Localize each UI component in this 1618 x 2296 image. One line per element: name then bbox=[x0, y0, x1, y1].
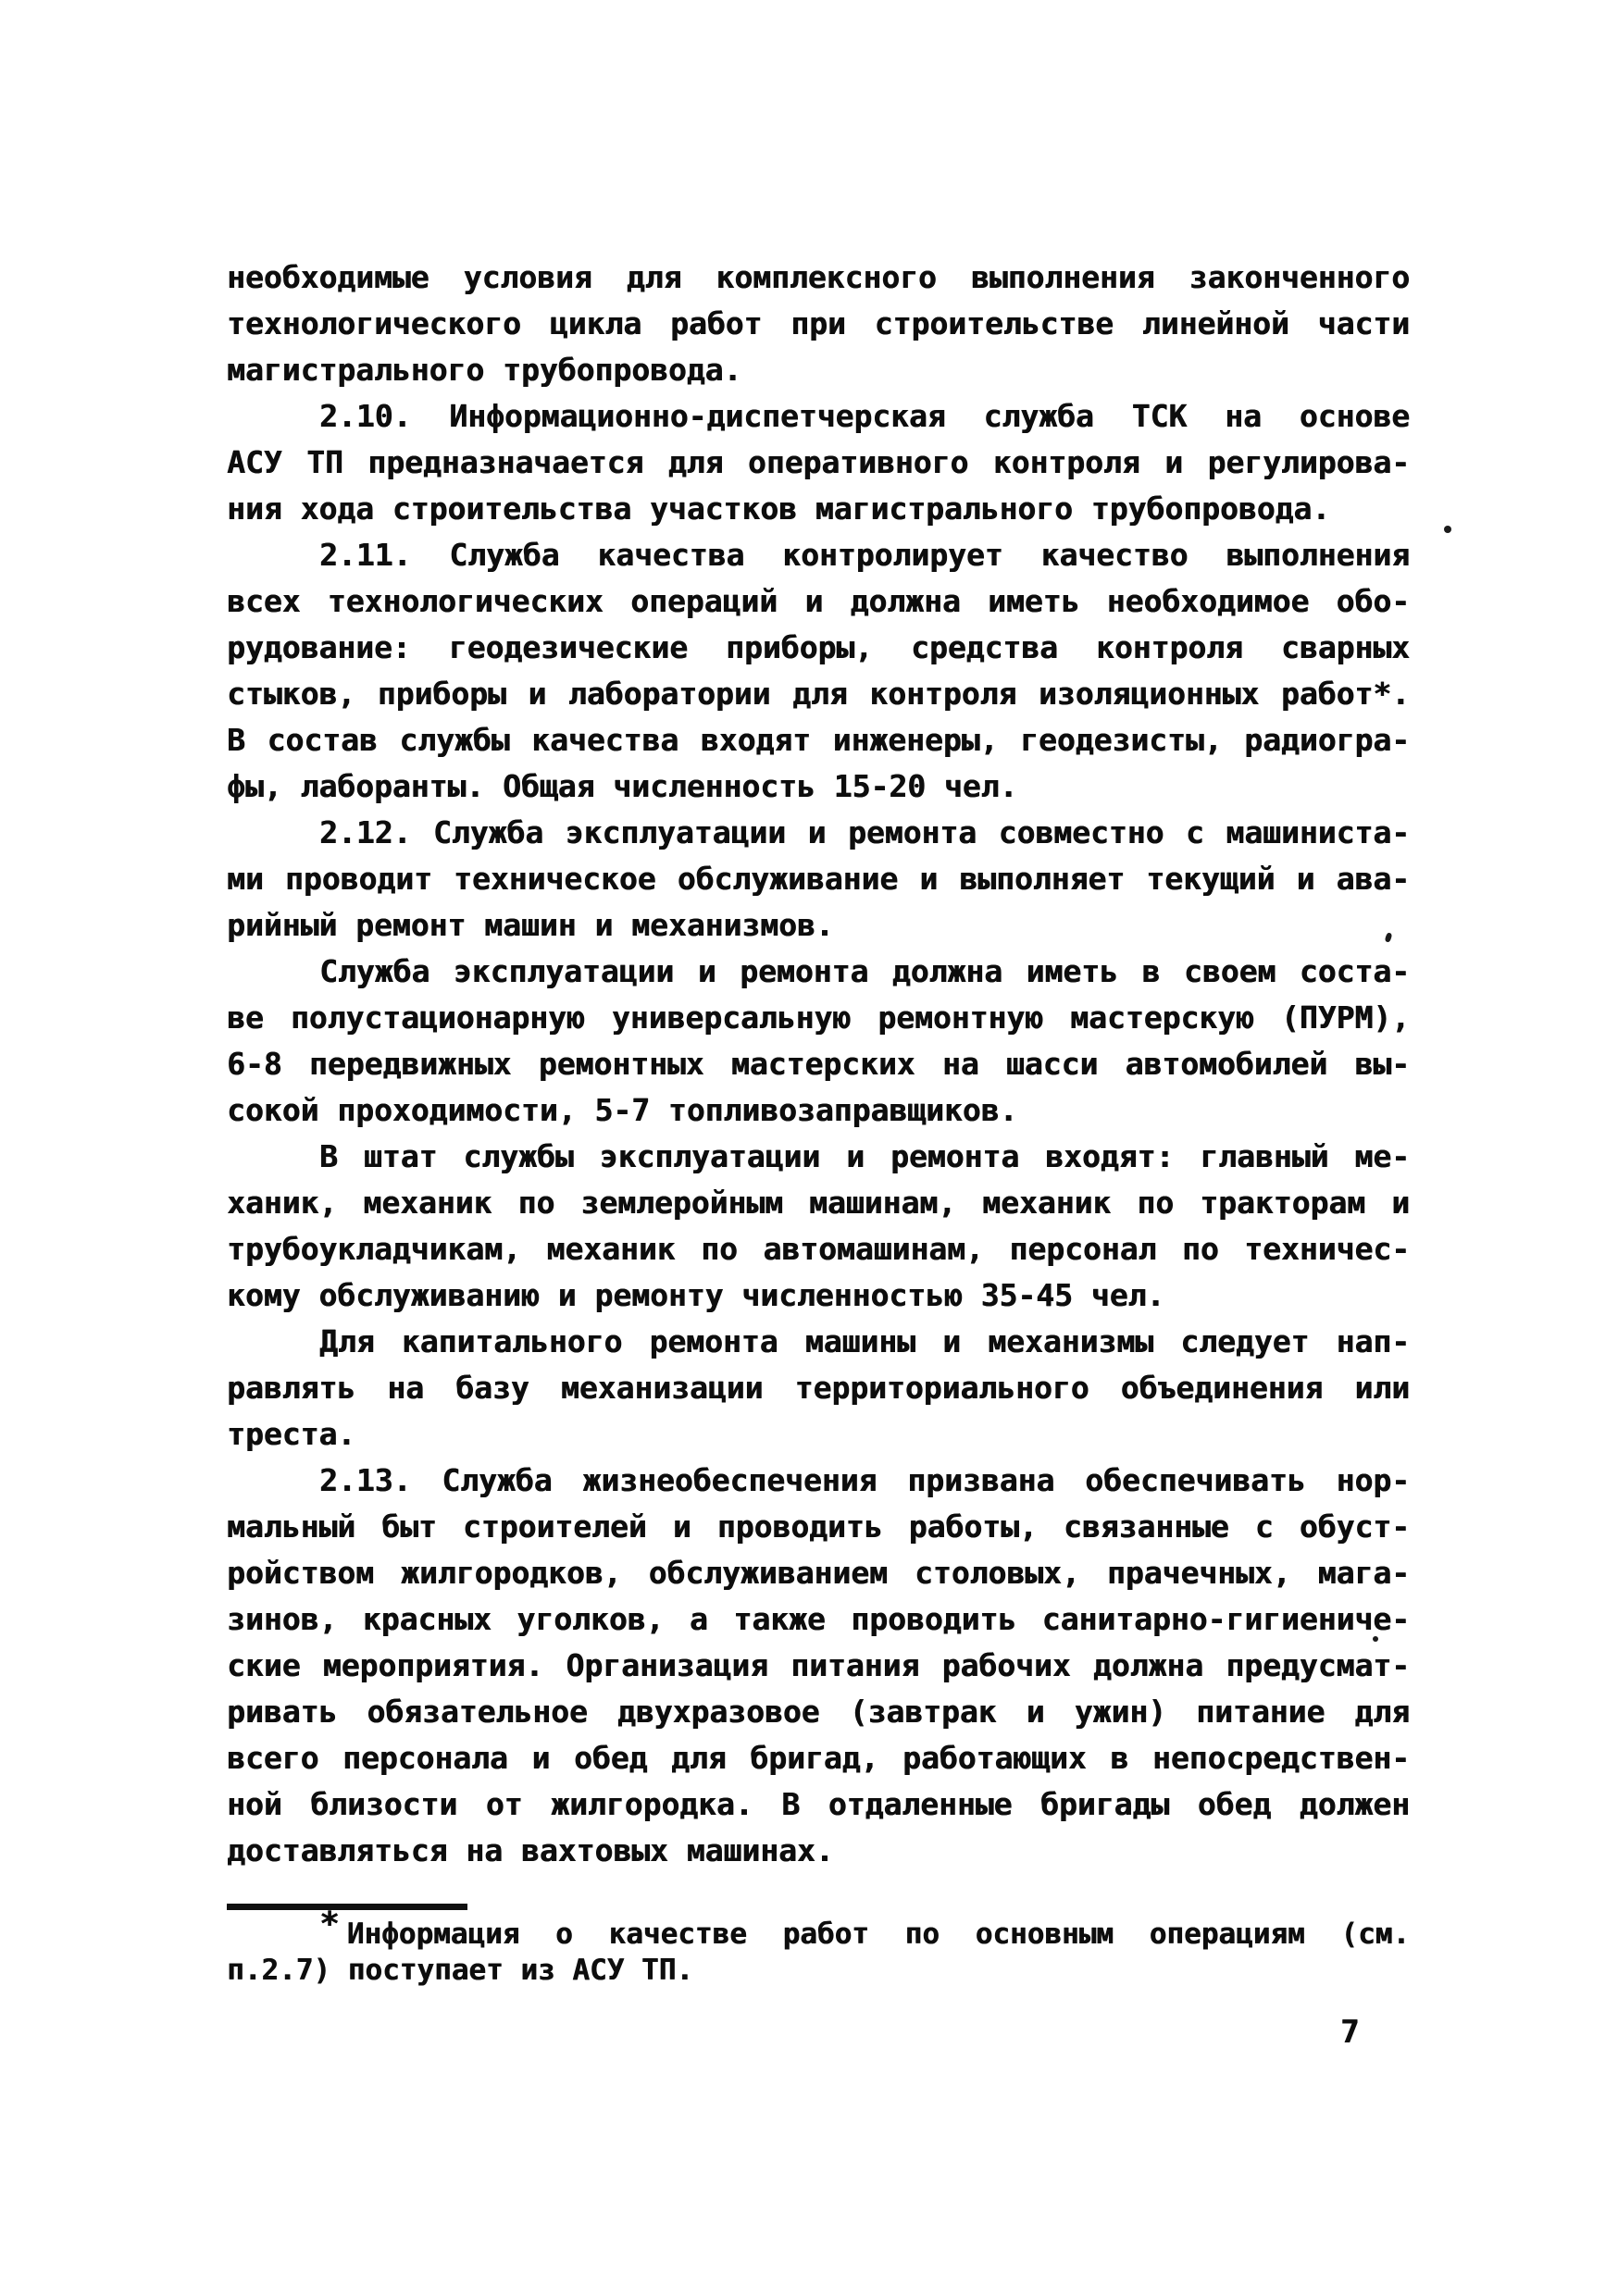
text-line: ривать обязательное двухразовое (завтрак… bbox=[227, 1689, 1410, 1735]
text-line: ские мероприятия. Организация питания ра… bbox=[227, 1643, 1410, 1689]
document-page: необходимые условия для комплексного вып… bbox=[0, 0, 1618, 2296]
text-line: магистрального трубопровода. bbox=[227, 347, 1410, 393]
text-line-section-2-12: 2.12. Служба эксплуатации и ремонта совм… bbox=[227, 810, 1410, 856]
footnote-marker: * bbox=[319, 1905, 340, 1943]
footnote-text-line: п.2.7) поступает из АСУ ТП. bbox=[227, 1952, 1410, 1990]
text-line-section-2-13: 2.13. Служба жизнеобеспечения призвана о… bbox=[227, 1458, 1410, 1504]
text-line-section-2-10: 2.10. Информационно-диспетчерская служба… bbox=[227, 393, 1410, 440]
page-number: 7 bbox=[1340, 2014, 1359, 2051]
text-line: рийный ремонт машин и механизмов. bbox=[227, 902, 1410, 949]
text-line: зинов, красных уголков, а также проводит… bbox=[227, 1596, 1410, 1643]
text-line: ройством жилгородков, обслуживанием стол… bbox=[227, 1550, 1410, 1596]
scan-artifact-dot bbox=[1373, 1636, 1378, 1642]
text-line: всех технологических операций и должна и… bbox=[227, 578, 1410, 625]
text-line: ве полустационарную универсальную ремонт… bbox=[227, 995, 1410, 1041]
body-text: необходимые условия для комплексного вып… bbox=[227, 254, 1410, 1874]
text-line: ной близости от жилгородка. В отдаленные… bbox=[227, 1781, 1410, 1828]
text-line: АСУ ТП предназначается для оперативного … bbox=[227, 440, 1410, 486]
footnote-text-line: *Информация о качестве работ по основным… bbox=[227, 1914, 1410, 1952]
text-line: кому обслуживанию и ремонту численностью… bbox=[227, 1272, 1410, 1319]
text-line: 6-8 передвижных ремонтных мастерских на … bbox=[227, 1041, 1410, 1087]
text-line: трубоукладчикам, механик по автомашинам,… bbox=[227, 1226, 1410, 1272]
text-line: необходимые условия для комплексного вып… bbox=[227, 254, 1410, 301]
scan-artifact-dot bbox=[1444, 526, 1451, 533]
text-line: В состав службы качества входят инженеры… bbox=[227, 717, 1410, 763]
text-line: треста. bbox=[227, 1411, 1410, 1458]
text-line: ханик, механик по землеройным машинам, м… bbox=[227, 1180, 1410, 1226]
text-line: Для капитального ремонта машины и механи… bbox=[227, 1319, 1410, 1365]
text-line: всего персонала и обед для бригад, работ… bbox=[227, 1735, 1410, 1781]
text-line: стыков, приборы и лаборатории для контро… bbox=[227, 671, 1410, 717]
text-line: В штат службы эксплуатации и ремонта вхо… bbox=[227, 1134, 1410, 1180]
text-line: фы, лаборанты. Общая численность 15-20 ч… bbox=[227, 763, 1410, 810]
footnote: *Информация о качестве работ по основным… bbox=[227, 1914, 1410, 1990]
text-line: Служба эксплуатации и ремонта должна име… bbox=[227, 949, 1410, 995]
text-line: рудование: геодезические приборы, средст… bbox=[227, 625, 1410, 671]
text-line-section-2-11: 2.11. Служба качества контролирует качес… bbox=[227, 532, 1410, 578]
text-line: сокой проходимости, 5-7 топливозаправщик… bbox=[227, 1087, 1410, 1134]
text-line: равлять на базу механизации территориаль… bbox=[227, 1365, 1410, 1411]
text-line: доставляться на вахтовых машинах. bbox=[227, 1828, 1410, 1874]
text-line: мальный быт строителей и проводить работ… bbox=[227, 1504, 1410, 1550]
text-line: технологического цикла работ при строите… bbox=[227, 301, 1410, 347]
footnote-separator bbox=[227, 1904, 467, 1910]
text-line: ния хода строительства участков магистра… bbox=[227, 486, 1410, 532]
text-line: ми проводит техническое обслуживание и в… bbox=[227, 856, 1410, 902]
footnote-text: Информация о качестве работ по основным … bbox=[347, 1917, 1410, 1951]
